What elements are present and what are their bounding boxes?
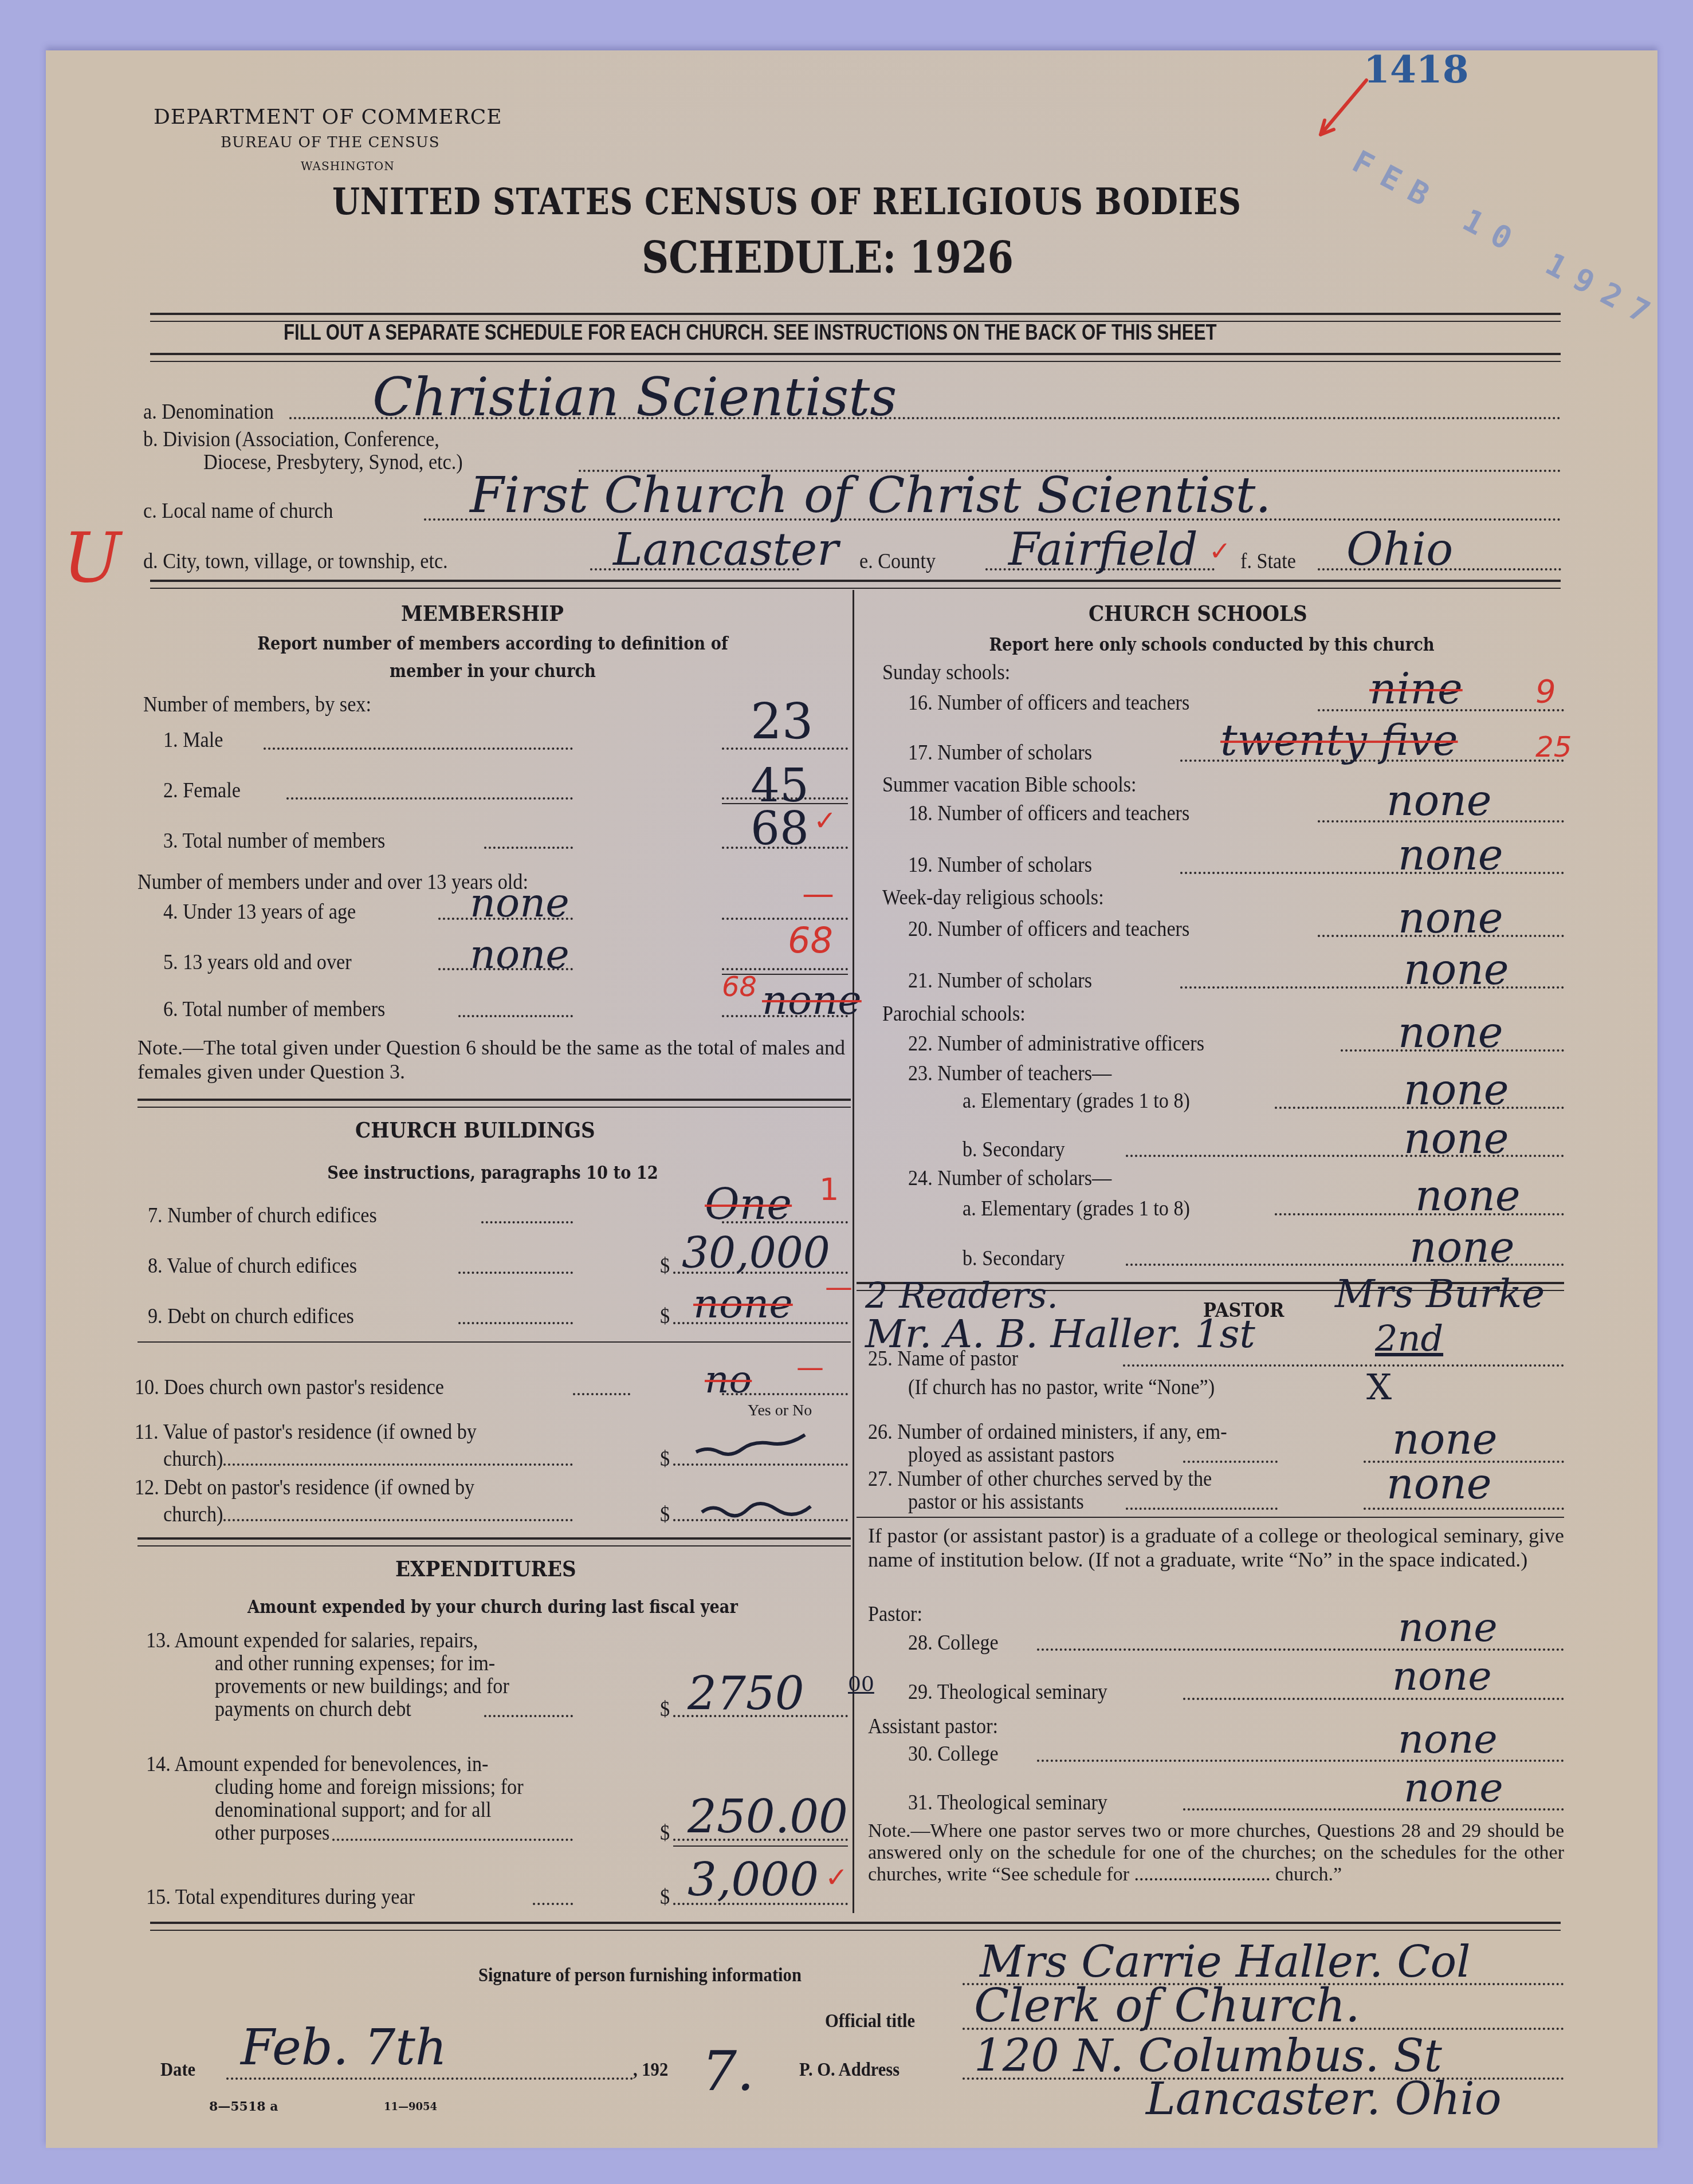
q25-label: 25. Name of pastor: [868, 1346, 1018, 1371]
q19-field[interactable]: none: [1398, 831, 1503, 880]
red-check-icon: ✓: [1209, 536, 1231, 566]
q3-total-field[interactable]: 68: [751, 802, 809, 855]
q9-label: 9. Debt on church edifices: [148, 1304, 354, 1329]
bureau-name: BUREAU OF THE CENSUS: [221, 134, 440, 151]
dollar-sign: $: [660, 1253, 670, 1278]
q12-label-1: 12. Debt on pastor's residence (if owned…: [135, 1475, 474, 1500]
q10-label: 10. Does church own pastor's residence: [135, 1375, 444, 1400]
q17-correction: 25: [1535, 730, 1572, 764]
dollar-sign: $: [660, 1697, 670, 1722]
city-name: WASHINGTON: [301, 159, 395, 173]
denomination-field[interactable]: Christian Scientists: [372, 367, 897, 428]
q6-correction: 68: [722, 971, 757, 1003]
q23a-field[interactable]: none: [1404, 1065, 1509, 1115]
q29-field[interactable]: none: [1392, 1652, 1492, 1699]
date-label: Date: [160, 2059, 195, 2081]
q11-label-1: 11. Value of pastor's residence (if owne…: [135, 1419, 477, 1445]
dollar-sign: $: [660, 1446, 670, 1471]
q23b-field[interactable]: none: [1404, 1114, 1509, 1163]
q16-label: 16. Number of officers and teachers: [908, 690, 1189, 715]
q24a-field[interactable]: none: [1415, 1171, 1521, 1221]
q9-debt-field[interactable]: none: [693, 1280, 793, 1327]
q14-label-4: other purposes: [215, 1820, 329, 1845]
q13-label-1: 13. Amount expended for salaries, repair…: [146, 1628, 478, 1653]
year-prefix: , 192: [633, 2059, 668, 2081]
expenditures-subheading: Amount expended by your church during la…: [180, 1593, 805, 1621]
q18-label: 18. Number of officers and teachers: [908, 801, 1189, 826]
q13-label-4: payments on church debt: [215, 1697, 411, 1722]
education-instructions: If pastor (or assistant pastor) is a gra…: [868, 1524, 1564, 1572]
q13-cents: 00: [848, 1673, 874, 1696]
church-schools-heading: CHURCH SCHOOLS: [1089, 600, 1307, 626]
church-buildings-heading: CHURCH BUILDINGS: [355, 1117, 595, 1143]
q12-label-2: church): [163, 1502, 223, 1527]
year-field[interactable]: 7.: [702, 2039, 755, 2103]
po-address-label: P. O. Address: [799, 2059, 899, 2081]
county-label: e. County: [859, 549, 936, 574]
q31-field[interactable]: none: [1404, 1764, 1503, 1811]
q20-label: 20. Number of officers and teachers: [908, 916, 1189, 942]
q23b-label: b. Secondary: [963, 1137, 1065, 1162]
po-address-field-2[interactable]: Lancaster. Ohio: [1146, 2073, 1502, 2125]
summer-schools-label: Summer vacation Bible schools:: [882, 772, 1137, 797]
red-check-icon: ✓: [814, 805, 836, 837]
q10-residence-field[interactable]: no: [705, 1357, 752, 1402]
q27-label-2: pastor or his assistants: [908, 1489, 1084, 1514]
q9-correction: —: [825, 1272, 853, 1304]
q16-correction: 9: [1535, 673, 1556, 710]
q12-value-field[interactable]: [699, 1498, 836, 1521]
q15-label: 15. Total expenditures during year: [146, 1884, 415, 1910]
weekday-schools-label: Week-day religious schools:: [882, 885, 1104, 910]
q11-label-2: church): [163, 1446, 223, 1471]
county-field[interactable]: Fairfield: [1008, 524, 1198, 576]
q20-field[interactable]: none: [1398, 894, 1503, 943]
q6-total-field[interactable]: none: [762, 977, 862, 1024]
q7-edifices-field[interactable]: One: [705, 1180, 792, 1229]
q14-benevolences-field[interactable]: 250.00: [688, 1790, 848, 1843]
second-reader-rank: 2nd: [1375, 1317, 1443, 1359]
q23-label: 23. Number of teachers—: [908, 1061, 1111, 1086]
q25-hint: (If church has no pastor, write “None”): [908, 1375, 1215, 1400]
q7-correction: 1: [819, 1171, 839, 1207]
q30-field[interactable]: none: [1398, 1715, 1498, 1762]
q17-scholars-field[interactable]: twenty five: [1220, 716, 1458, 765]
dollar-sign: $: [660, 1304, 670, 1329]
q26-field[interactable]: none: [1392, 1415, 1498, 1464]
q18-field[interactable]: none: [1386, 776, 1492, 825]
assistant-pastor-label: Assistant pastor:: [868, 1714, 998, 1739]
q16-officers-teachers-field[interactable]: nine: [1369, 664, 1463, 714]
membership-subheading-1: Report number of members according to de…: [180, 630, 805, 658]
department-name: DEPARTMENT OF COMMERCE: [154, 105, 502, 129]
q5-over13-field[interactable]: none: [470, 931, 569, 978]
q8-label: 8. Value of church edifices: [148, 1253, 357, 1278]
dollar-sign: $: [660, 1820, 670, 1845]
q14-label-3: denominational support; and for all: [215, 1797, 491, 1823]
second-reader-annotation: Mrs Burke: [1335, 1272, 1545, 1317]
membership-subheading-2: member in your church: [180, 658, 805, 685]
red-check-icon: ✓: [825, 1862, 848, 1894]
signature-label: Signature of person furnishing informati…: [478, 1965, 802, 1986]
by-sex-label: Number of members, by sex:: [143, 692, 371, 717]
q13-label-3: provements or new buildings; and for: [215, 1674, 509, 1699]
state-field[interactable]: Ohio: [1346, 524, 1453, 576]
q29-label: 29. Theological seminary: [908, 1679, 1107, 1705]
q5-correction: 68: [788, 919, 833, 961]
q13-label-2: and other running expenses; for im-: [215, 1651, 495, 1676]
church-schools-subheading: Report here only schools conducted by th…: [902, 631, 1522, 659]
red-arrow-mark: [1312, 74, 1375, 143]
form-code: 8—5518 a: [209, 2099, 278, 2114]
local-name-label: c. Local name of church: [143, 498, 333, 524]
q2-label: 2. Female: [163, 778, 241, 803]
pastor-label: Pastor:: [868, 1601, 922, 1627]
sunday-schools-label: Sunday schools:: [882, 660, 1010, 685]
q28-label: 28. College: [908, 1630, 999, 1655]
expenditures-heading: EXPENDITURES: [395, 1556, 576, 1581]
division-label-1: b. Division (Association, Conference,: [143, 427, 439, 452]
city-label: d. City, town, village, or township, etc…: [143, 549, 448, 574]
readers-annotation: 2 Readers.: [865, 1274, 1058, 1316]
q6-label: 6. Total number of members: [163, 997, 385, 1022]
q27-label-1: 27. Number of other churches served by t…: [868, 1466, 1212, 1492]
q26-label-1: 26. Number of ordained ministers, if any…: [868, 1419, 1227, 1445]
fill-instructions: FILL OUT A SEPARATE SCHEDULE FOR EACH CH…: [284, 321, 1216, 345]
column-divider: [853, 590, 854, 1913]
q24a-label: a. Elementary (grades 1 to 8): [963, 1196, 1190, 1221]
q30-label: 30. College: [908, 1741, 999, 1766]
q1-male-field[interactable]: 23: [751, 693, 813, 750]
state-label: f. State: [1240, 549, 1296, 574]
city-field[interactable]: Lancaster: [613, 524, 839, 576]
local-name-field[interactable]: First Church of Christ Scientist.: [470, 467, 1271, 524]
q31-label: 31. Theological seminary: [908, 1790, 1107, 1815]
official-title-label: Official title: [825, 2010, 915, 2032]
q4-correction: —: [802, 875, 834, 912]
q7-label: 7. Number of church edifices: [148, 1203, 377, 1228]
q27-field[interactable]: none: [1386, 1459, 1492, 1509]
q21-field[interactable]: none: [1404, 945, 1509, 994]
dollar-sign: $: [660, 1502, 670, 1527]
q15-total-expenditures-field[interactable]: 3,000: [688, 1853, 819, 1906]
q24b-field[interactable]: none: [1409, 1223, 1515, 1272]
official-title-field[interactable]: Clerk of Church.: [974, 1979, 1360, 2032]
q24b-label: b. Secondary: [963, 1246, 1065, 1271]
q19-label: 19. Number of scholars: [908, 852, 1092, 877]
schedule-year: SCHEDULE: 1926: [642, 232, 1014, 283]
form-title: UNITED STATES CENSUS OF RELIGIOUS BODIES: [332, 180, 1242, 223]
q13-running-expenses-field[interactable]: 2750: [688, 1667, 804, 1720]
q23a-label: a. Elementary (grades 1 to 8): [963, 1088, 1190, 1113]
q14-label-2: cluding home and foreign missions; for: [215, 1774, 524, 1800]
q11-value-field[interactable]: [693, 1432, 831, 1461]
membership-heading: MEMBERSHIP: [401, 600, 564, 626]
q3-label: 3. Total number of members: [163, 828, 385, 853]
q24-label: 24. Number of scholars—: [908, 1166, 1111, 1191]
q22-field[interactable]: none: [1398, 1008, 1503, 1057]
dollar-sign: $: [660, 1884, 670, 1910]
pastor-note: Note.—Where one pastor serves two or mor…: [868, 1820, 1564, 1886]
division-label-2: Diocese, Presbytery, Synod, etc.): [203, 450, 463, 475]
q21-label: 21. Number of scholars: [908, 968, 1092, 993]
q17-label: 17. Number of scholars: [908, 740, 1092, 765]
q8-value-field[interactable]: 30,000: [682, 1229, 830, 1278]
q1-label: 1. Male: [163, 727, 223, 753]
q14-label-1: 14. Amount expended for benevolences, in…: [146, 1752, 488, 1777]
q4-label: 4. Under 13 years of age: [163, 899, 356, 924]
q10-correction: —: [796, 1352, 824, 1384]
yes-or-no-hint: Yes or No: [748, 1402, 812, 1420]
q4-under13-field[interactable]: none: [470, 879, 569, 926]
q26-label-2: ployed as assistant pastors: [908, 1442, 1114, 1467]
q28-field[interactable]: none: [1398, 1604, 1498, 1651]
print-code: 11—9054: [384, 2101, 437, 2113]
file-number-stamp: 1418: [1364, 47, 1469, 92]
q25-no-pastor-mark[interactable]: X: [1366, 1366, 1392, 1408]
denomination-label: a. Denomination: [143, 399, 274, 424]
membership-note: Note.—The total given under Question 6 s…: [138, 1036, 845, 1084]
margin-red-mark: U: [63, 518, 121, 598]
date-field[interactable]: Feb. 7th: [241, 2019, 447, 2076]
q5-label: 5. 13 years old and over: [163, 950, 352, 975]
q22-label: 22. Number of administrative officers: [908, 1031, 1204, 1056]
parochial-schools-label: Parochial schools:: [882, 1001, 1026, 1026]
